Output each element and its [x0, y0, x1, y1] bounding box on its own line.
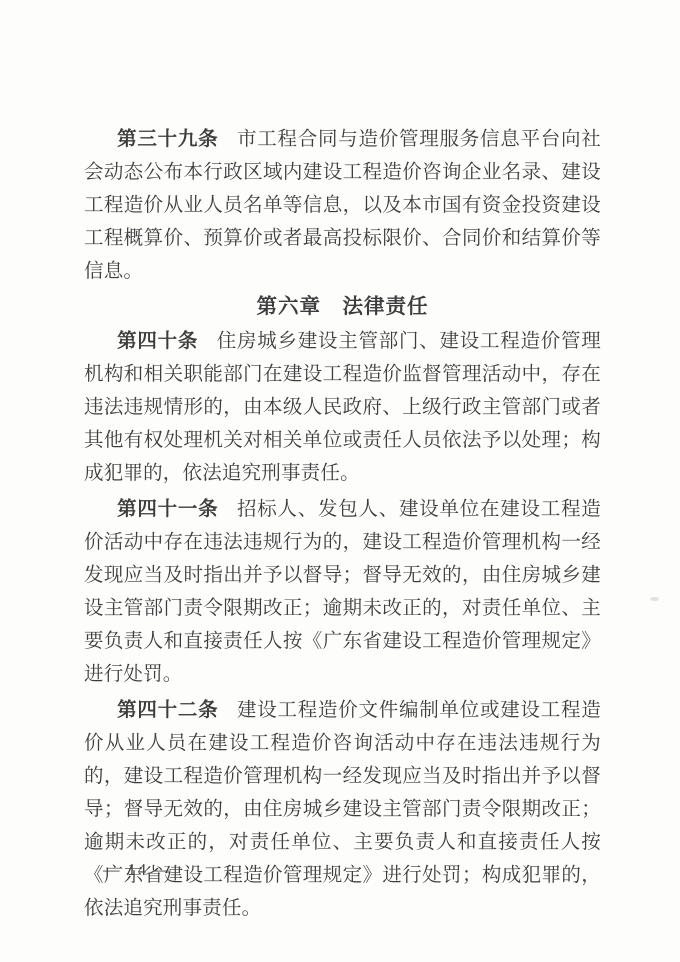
article-42-number: 第四十二条	[117, 700, 237, 721]
article-40-text: 住房城乡建设主管部门、建设工程造价管理机构和相关职能部门在建设工程造价监督管理活…	[84, 331, 601, 484]
article-41-paragraph: 第四十一条招标人、发包人、建设单位在建设工程造价活动中存在违法违规行为的，建设工…	[84, 493, 601, 691]
article-42-paragraph: 第四十二条建设工程造价文件编制单位或建设工程造价从业人员在建设工程造价咨询活动中…	[84, 694, 601, 925]
article-41-text: 招标人、发包人、建设单位在建设工程造价活动中存在违法违规行为的，建设工程造价管理…	[84, 499, 601, 685]
article-39-number: 第三十九条	[117, 129, 237, 150]
article-39-text: 市工程合同与造价管理服务信息平台向社会动态公布本行政区域内建设工程造价咨询企业名…	[84, 129, 601, 282]
article-41-number: 第四十一条	[117, 499, 237, 520]
document-body: 第三十九条市工程合同与造价管理服务信息平台向社会动态公布本行政区域内建设工程造价…	[84, 123, 601, 928]
scan-artifact	[650, 597, 659, 601]
article-42-text: 建设工程造价文件编制单位或建设工程造价从业人员在建设工程造价咨询活动中存在违法违…	[84, 700, 601, 919]
chapter-heading: 第六章 法律责任	[84, 291, 601, 324]
document-page: 第三十九条市工程合同与造价管理服务信息平台向社会动态公布本行政区域内建设工程造价…	[0, 0, 680, 962]
page-number: — 14 —	[103, 860, 173, 880]
article-39-paragraph: 第三十九条市工程合同与造价管理服务信息平台向社会动态公布本行政区域内建设工程造价…	[84, 123, 601, 288]
article-40-paragraph: 第四十条住房城乡建设主管部门、建设工程造价管理机构和相关职能部门在建设工程造价监…	[84, 325, 601, 490]
article-40-number: 第四十条	[117, 331, 217, 352]
